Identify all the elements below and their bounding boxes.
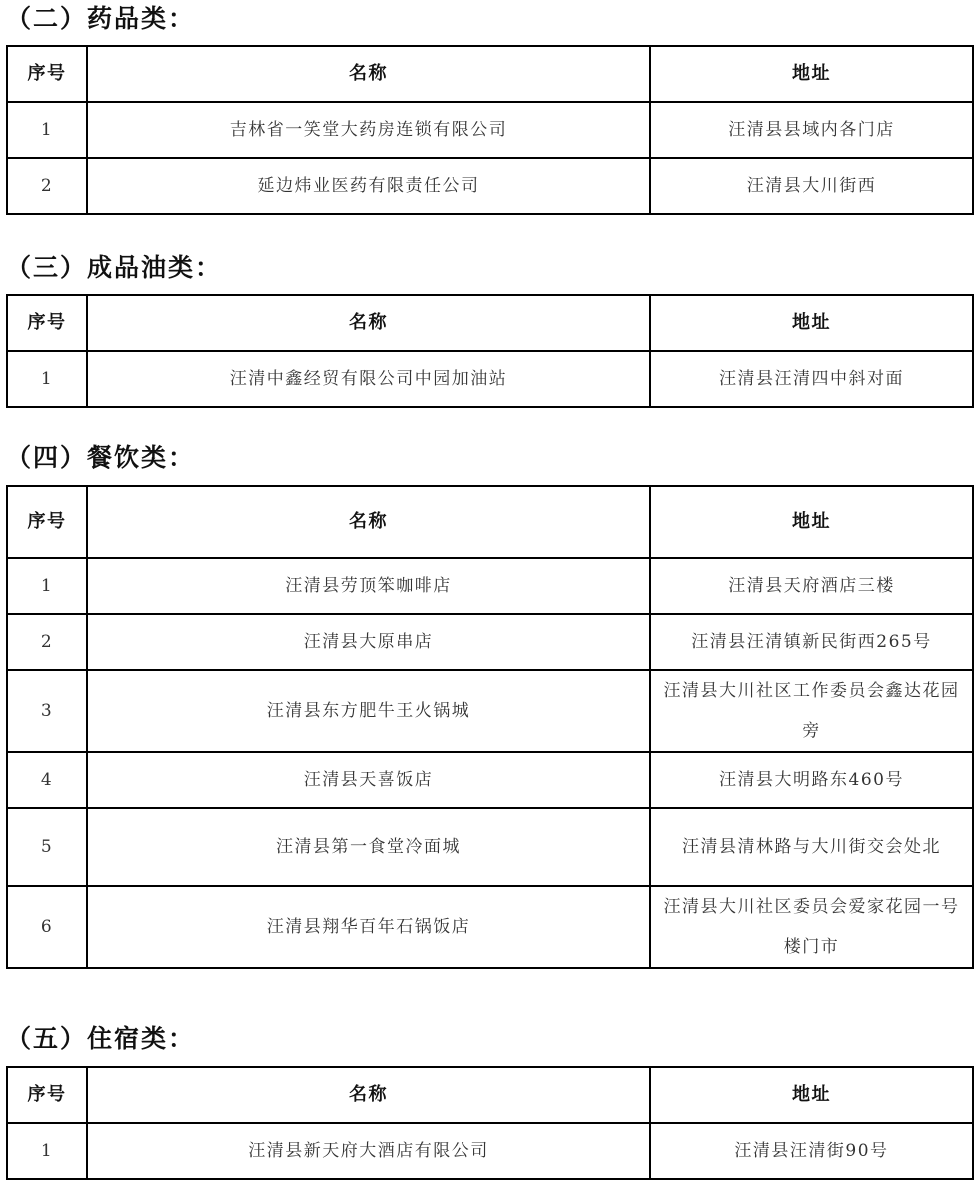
column-header-address: 地址 xyxy=(650,295,973,351)
column-header-name: 名称 xyxy=(87,46,650,102)
pharmaceuticals-table: 序号 名称 地址 1 吉林省一笑堂大药房连锁有限公司 汪清县县域内各门店 2 延… xyxy=(6,45,974,215)
table-row: 1 汪清中鑫经贸有限公司中园加油站 汪清县汪清四中斜对面 xyxy=(7,351,973,407)
cell-name: 汪清县大原串店 xyxy=(87,614,650,670)
cell-no: 4 xyxy=(7,752,87,808)
column-header-address: 地址 xyxy=(650,486,973,558)
cell-address: 汪清县汪清四中斜对面 xyxy=(650,351,973,407)
table-row: 4 汪清县天喜饭店 汪清县大明路东460号 xyxy=(7,752,973,808)
section-heading-refined-oil: （三）成品油类： xyxy=(6,253,222,283)
cell-no: 1 xyxy=(7,351,87,407)
cell-no: 1 xyxy=(7,1123,87,1179)
table-row: 6 汪清县翔华百年石锅饭店 汪清县大川社区委员会爱家花园一号楼门市 xyxy=(7,886,973,968)
cell-address: 汪清县天府酒店三楼 xyxy=(650,558,973,614)
cell-address-text: 汪清县大川社区委员会爱家花园一号楼门市 xyxy=(662,887,962,967)
cell-address: 汪清县大川社区委员会爱家花园一号楼门市 xyxy=(650,886,973,968)
table-row: 1 汪清县劳顶笨咖啡店 汪清县天府酒店三楼 xyxy=(7,558,973,614)
table-header-row: 序号 名称 地址 xyxy=(7,295,973,351)
column-header-no: 序号 xyxy=(7,295,87,351)
cell-address: 汪清县大川街西 xyxy=(650,158,973,214)
cell-name: 汪清县东方肥牛王火锅城 xyxy=(87,670,650,752)
column-header-name: 名称 xyxy=(87,1067,650,1123)
cell-address: 汪清县汪清街90号 xyxy=(650,1123,973,1179)
column-header-address: 地址 xyxy=(650,46,973,102)
cell-no: 2 xyxy=(7,158,87,214)
cell-name: 汪清中鑫经贸有限公司中园加油站 xyxy=(87,351,650,407)
cell-address: 汪清县大川社区工作委员会鑫达花园旁 xyxy=(650,670,973,752)
lodging-table: 序号 名称 地址 1 汪清县新天府大酒店有限公司 汪清县汪清街90号 xyxy=(6,1066,974,1180)
column-header-no: 序号 xyxy=(7,46,87,102)
cell-name: 吉林省一笑堂大药房连锁有限公司 xyxy=(87,102,650,158)
cell-address-text: 汪清县清林路与大川街交会处北 xyxy=(682,827,941,867)
cell-no: 5 xyxy=(7,808,87,886)
column-header-name: 名称 xyxy=(87,486,650,558)
refined-oil-table: 序号 名称 地址 1 汪清中鑫经贸有限公司中园加油站 汪清县汪清四中斜对面 xyxy=(6,294,974,408)
cell-no: 1 xyxy=(7,102,87,158)
cell-address: 汪清县清林路与大川街交会处北 xyxy=(650,808,973,886)
table-header-row: 序号 名称 地址 xyxy=(7,1067,973,1123)
cell-name: 延边炜业医药有限责任公司 xyxy=(87,158,650,214)
column-header-name: 名称 xyxy=(87,295,650,351)
section-heading-pharmaceuticals: （二）药品类： xyxy=(6,4,195,34)
cell-name: 汪清县翔华百年石锅饭店 xyxy=(87,886,650,968)
column-header-no: 序号 xyxy=(7,486,87,558)
table-row: 1 汪清县新天府大酒店有限公司 汪清县汪清街90号 xyxy=(7,1123,973,1179)
table-row: 5 汪清县第一食堂冷面城 汪清县清林路与大川街交会处北 xyxy=(7,808,973,886)
cell-name: 汪清县天喜饭店 xyxy=(87,752,650,808)
table-header-row: 序号 名称 地址 xyxy=(7,486,973,558)
cell-name: 汪清县劳顶笨咖啡店 xyxy=(87,558,650,614)
table-row: 2 汪清县大原串店 汪清县汪清镇新民街西265号 xyxy=(7,614,973,670)
cell-no: 3 xyxy=(7,670,87,752)
table-row: 3 汪清县东方肥牛王火锅城 汪清县大川社区工作委员会鑫达花园旁 xyxy=(7,670,973,752)
cell-no: 6 xyxy=(7,886,87,968)
cell-no: 2 xyxy=(7,614,87,670)
cell-name: 汪清县第一食堂冷面城 xyxy=(87,808,650,886)
column-header-no: 序号 xyxy=(7,1067,87,1123)
cell-no: 1 xyxy=(7,558,87,614)
table-header-row: 序号 名称 地址 xyxy=(7,46,973,102)
section-heading-lodging: （五）住宿类： xyxy=(6,1024,195,1054)
cell-address: 汪清县县域内各门店 xyxy=(650,102,973,158)
section-heading-catering: （四）餐饮类： xyxy=(6,443,195,473)
table-row: 2 延边炜业医药有限责任公司 汪清县大川街西 xyxy=(7,158,973,214)
cell-address: 汪清县大明路东460号 xyxy=(650,752,973,808)
table-row: 1 吉林省一笑堂大药房连锁有限公司 汪清县县域内各门店 xyxy=(7,102,973,158)
catering-table: 序号 名称 地址 1 汪清县劳顶笨咖啡店 汪清县天府酒店三楼 2 汪清县大原串店… xyxy=(6,485,974,969)
column-header-address: 地址 xyxy=(650,1067,973,1123)
cell-name: 汪清县新天府大酒店有限公司 xyxy=(87,1123,650,1179)
cell-address-text: 汪清县大川社区工作委员会鑫达花园旁 xyxy=(662,671,962,751)
cell-address: 汪清县汪清镇新民街西265号 xyxy=(650,614,973,670)
